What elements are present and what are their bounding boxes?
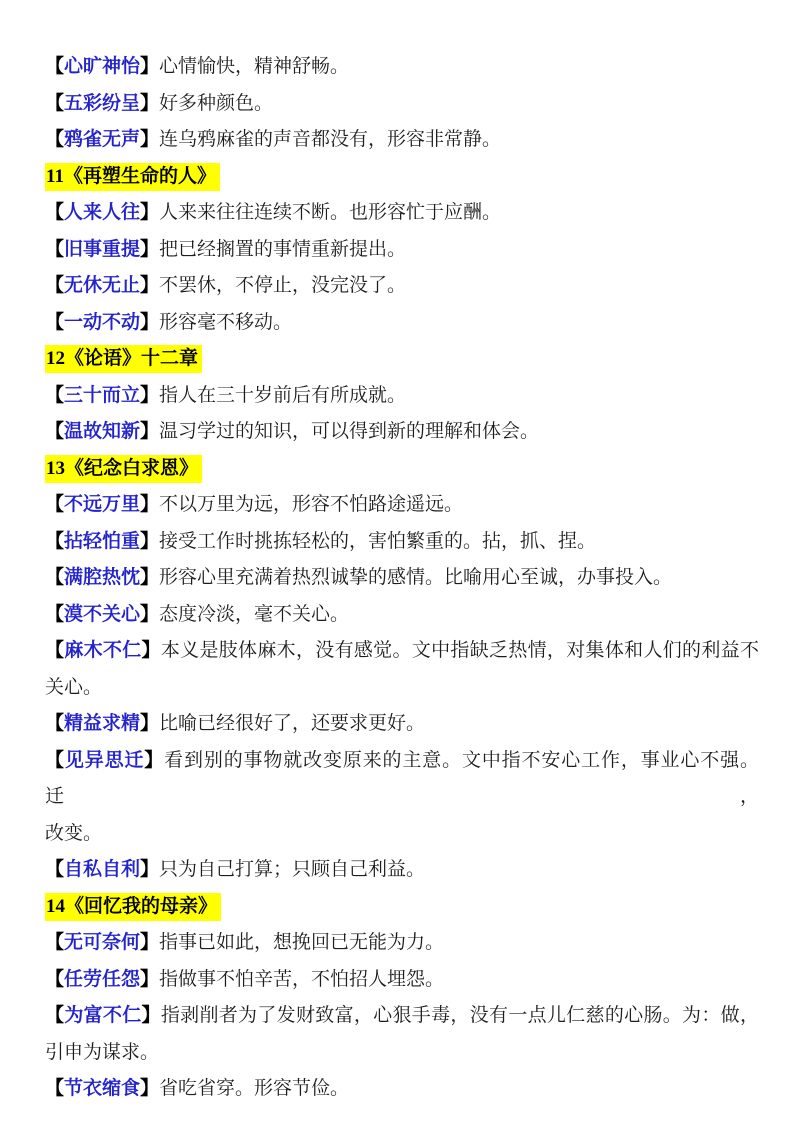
bracket-close: 】	[140, 1078, 159, 1099]
idiom-term: 满腔热忱	[64, 567, 140, 588]
idiom-entry: 【温故知新】温习学过的知识，可以得到新的理解和体会。	[45, 414, 759, 451]
bracket-open: 【	[45, 202, 64, 223]
idiom-term: 自私自利	[64, 859, 140, 880]
bracket-open: 【	[45, 969, 64, 990]
lesson-title: 《纪念白求恩》	[65, 458, 198, 479]
idiom-entry: 【拈轻怕重】接受工作时挑拣轻松的，害怕繁重的。拈，抓、捏。	[45, 524, 759, 561]
bracket-open: 【	[45, 531, 64, 552]
bracket-close: 】	[140, 604, 159, 625]
idiom-definition: 只为自己打算；只顾自己利益。	[159, 859, 425, 880]
bracket-close: 】	[140, 312, 159, 333]
lesson-header-highlight: 12《论语》十二章	[45, 345, 202, 373]
lesson-number: 14	[46, 896, 65, 917]
idiom-definition: 好多种颜色。	[159, 93, 273, 114]
idiom-definition: 指做事不怕辛苦，不怕招人埋怨。	[159, 969, 444, 990]
idiom-definition-continued: 引申为谋求。	[45, 1035, 759, 1072]
bracket-open: 【	[45, 312, 64, 333]
bracket-close: 】	[140, 531, 159, 552]
idiom-entry: 【心旷神怡】心情愉快，精神舒畅。	[45, 49, 759, 86]
idiom-definition: 接受工作时挑拣轻松的，害怕繁重的。拈，抓、捏。	[159, 531, 596, 552]
idiom-term: 三十而立	[64, 385, 140, 406]
idiom-definition: 温习学过的知识，可以得到新的理解和体会。	[159, 421, 539, 442]
idiom-definition: 指事已如此，想挽回已无能为力。	[159, 932, 444, 953]
bracket-close: 】	[140, 713, 159, 734]
idiom-term: 无可奈何	[64, 932, 140, 953]
idiom-entry: 【见异思迁】看到别的事物就改变原来的主意。文中指不安心工作，事业心不强。迁，改变…	[45, 743, 759, 853]
idiom-term: 旧事重提	[64, 239, 140, 260]
idiom-definition: 把已经搁置的事情重新提出。	[159, 239, 406, 260]
bracket-close: 】	[140, 275, 159, 296]
lesson-title: 《论语》十二章	[65, 348, 198, 369]
idiom-term: 心旷神怡	[64, 56, 140, 77]
idiom-term: 无休无止	[64, 275, 140, 296]
bracket-close: 】	[140, 93, 159, 114]
bracket-close: 】	[140, 56, 159, 77]
idiom-term: 人来人往	[64, 202, 140, 223]
entry-first-line: 【见异思迁】看到别的事物就改变原来的主意。文中指不安心工作，事业心不强。迁，	[45, 743, 759, 816]
idiom-entry: 【不远万里】不以万里为远，形容不怕路途遥远。	[45, 487, 759, 524]
idiom-term: 任劳任怨	[64, 969, 140, 990]
bracket-open: 【	[45, 750, 65, 771]
lesson-number: 12	[46, 348, 65, 369]
idiom-definition: 本义是肢体麻木，没有感觉。文中指缺乏热情，对集体和人们的利益不	[161, 640, 759, 661]
idiom-term: 节衣缩食	[64, 1078, 140, 1099]
idiom-term: 鸦雀无声	[64, 129, 140, 150]
bracket-close: 】	[140, 494, 159, 515]
idiom-definition: 连乌鸦麻雀的声音都没有，形容非常静。	[159, 129, 501, 150]
bracket-open: 【	[45, 604, 64, 625]
bracket-open: 【	[45, 129, 64, 150]
idiom-term: 精益求精	[64, 713, 140, 734]
idiom-entry: 【一动不动】形容毫不移动。	[45, 305, 759, 342]
idiom-definition: 形容心里充满着热烈诚挚的感情。比喻用心至诚，办事投入。	[159, 567, 672, 588]
lesson-header-highlight: 11《再塑生命的人》	[45, 163, 220, 191]
idiom-entry: 【漠不关心】态度冷淡，毫不关心。	[45, 597, 759, 634]
idiom-entry: 【三十而立】指人在三十岁前后有所成就。	[45, 378, 759, 415]
bracket-open: 【	[45, 494, 64, 515]
bracket-close: 】	[140, 859, 159, 880]
bracket-close: 】	[140, 239, 159, 260]
idiom-definition-continued: 关心。	[45, 670, 759, 707]
idiom-definition: 省吃省穿。形容节俭。	[159, 1078, 349, 1099]
lesson-header: 13《纪念白求恩》	[45, 451, 759, 488]
idiom-definition-continued: 改变。	[45, 816, 759, 853]
idiom-glossary-document: 【心旷神怡】心情愉快，精神舒畅。 【五彩纷呈】好多种颜色。 【鸦雀无声】连乌鸦麻…	[0, 0, 794, 1122]
idiom-entry: 【为富不仁】指剥削者为了发财致富，心狠手毒，没有一点儿仁慈的心肠。为：做，引申为…	[45, 998, 759, 1071]
idiom-term: 拈轻怕重	[64, 531, 140, 552]
idiom-entry: 【节衣缩食】省吃省穿。形容节俭。	[45, 1071, 759, 1108]
lesson-header: 12《论语》十二章	[45, 341, 759, 378]
idiom-term: 不远万里	[64, 494, 140, 515]
idiom-entry: 【麻木不仁】本义是肢体麻木，没有感觉。文中指缺乏热情，对集体和人们的利益不关心。	[45, 633, 759, 706]
idiom-definition: 人来来往往连续不断。也形容忙于应酬。	[159, 202, 501, 223]
bracket-open: 【	[45, 93, 64, 114]
bracket-open: 【	[45, 859, 64, 880]
bracket-open: 【	[45, 239, 64, 260]
idiom-entry: 【满腔热忱】形容心里充满着热烈诚挚的感情。比喻用心至诚，办事投入。	[45, 560, 759, 597]
bracket-close: 】	[142, 1005, 161, 1026]
idiom-entry: 【人来人往】人来来往往连续不断。也形容忙于应酬。	[45, 195, 759, 232]
bracket-open: 【	[45, 1078, 64, 1099]
idiom-entry: 【任劳任怨】指做事不怕辛苦，不怕招人埋怨。	[45, 962, 759, 999]
idiom-definition: 不以万里为远，形容不怕路途遥远。	[159, 494, 463, 515]
bracket-close: 】	[144, 750, 164, 771]
idiom-entry: 【无休无止】不罢休，不停止，没完没了。	[45, 268, 759, 305]
bracket-close: 】	[140, 421, 159, 442]
idiom-entry: 【自私自利】只为自己打算；只顾自己利益。	[45, 852, 759, 889]
idiom-entry: 【旧事重提】把已经搁置的事情重新提出。	[45, 232, 759, 269]
idiom-definition: 比喻已经很好了，还要求更好。	[159, 713, 425, 734]
idiom-term: 五彩纷呈	[64, 93, 140, 114]
bracket-close: 】	[140, 129, 159, 150]
document-page: { "colors": { "term_blue": "#2323cb", "h…	[0, 0, 794, 1122]
lesson-header-highlight: 14《回忆我的母亲》	[45, 893, 221, 921]
idiom-definition: 指人在三十岁前后有所成就。	[159, 385, 406, 406]
idiom-definition: 形容毫不移动。	[159, 312, 292, 333]
bracket-open: 【	[45, 640, 64, 661]
idiom-definition: 心情愉快，精神舒畅。	[159, 56, 349, 77]
idiom-term: 一动不动	[64, 312, 140, 333]
bracket-open: 【	[45, 567, 64, 588]
bracket-open: 【	[45, 385, 64, 406]
bracket-open: 【	[45, 713, 64, 734]
lesson-header-highlight: 13《纪念白求恩》	[45, 455, 202, 483]
bracket-open: 【	[45, 1005, 64, 1026]
entry-first-line: 【麻木不仁】本义是肢体麻木，没有感觉。文中指缺乏热情，对集体和人们的利益不	[45, 633, 759, 670]
idiom-term: 为富不仁	[64, 1005, 141, 1026]
bracket-open: 【	[45, 932, 64, 953]
idiom-definition: 不罢休，不停止，没完没了。	[159, 275, 406, 296]
entry-first-line: 【为富不仁】指剥削者为了发财致富，心狠手毒，没有一点儿仁慈的心肠。为：做，	[45, 998, 759, 1035]
bracket-close: 】	[140, 567, 159, 588]
idiom-definition: 指剥削者为了发财致富，心狠手毒，没有一点儿仁慈的心肠。为：做，	[161, 1005, 759, 1026]
lesson-number: 13	[46, 458, 65, 479]
bracket-close: 】	[140, 385, 159, 406]
idiom-term: 漠不关心	[64, 604, 140, 625]
idiom-term: 见异思迁	[65, 750, 144, 771]
lesson-header: 14《回忆我的母亲》	[45, 889, 759, 926]
idiom-term: 麻木不仁	[64, 640, 141, 661]
bracket-close: 】	[140, 202, 159, 223]
bracket-close: 】	[142, 640, 161, 661]
lesson-title: 《回忆我的母亲》	[65, 896, 217, 917]
bracket-close: 】	[140, 932, 159, 953]
bracket-open: 【	[45, 421, 64, 442]
idiom-entry: 【鸦雀无声】连乌鸦麻雀的声音都没有，形容非常静。	[45, 122, 759, 159]
idiom-entry: 【精益求精】比喻已经很好了，还要求更好。	[45, 706, 759, 743]
bracket-open: 【	[45, 275, 64, 296]
idiom-definition: 态度冷淡，毫不关心。	[159, 604, 349, 625]
bracket-open: 【	[45, 56, 64, 77]
bracket-close: 】	[140, 969, 159, 990]
lesson-title: 《再塑生命的人》	[64, 166, 216, 187]
lesson-number: 11	[46, 166, 64, 187]
idiom-term: 温故知新	[64, 421, 140, 442]
lesson-header: 11《再塑生命的人》	[45, 159, 759, 196]
idiom-entry: 【五彩纷呈】好多种颜色。	[45, 86, 759, 123]
idiom-entry: 【无可奈何】指事已如此，想挽回已无能为力。	[45, 925, 759, 962]
